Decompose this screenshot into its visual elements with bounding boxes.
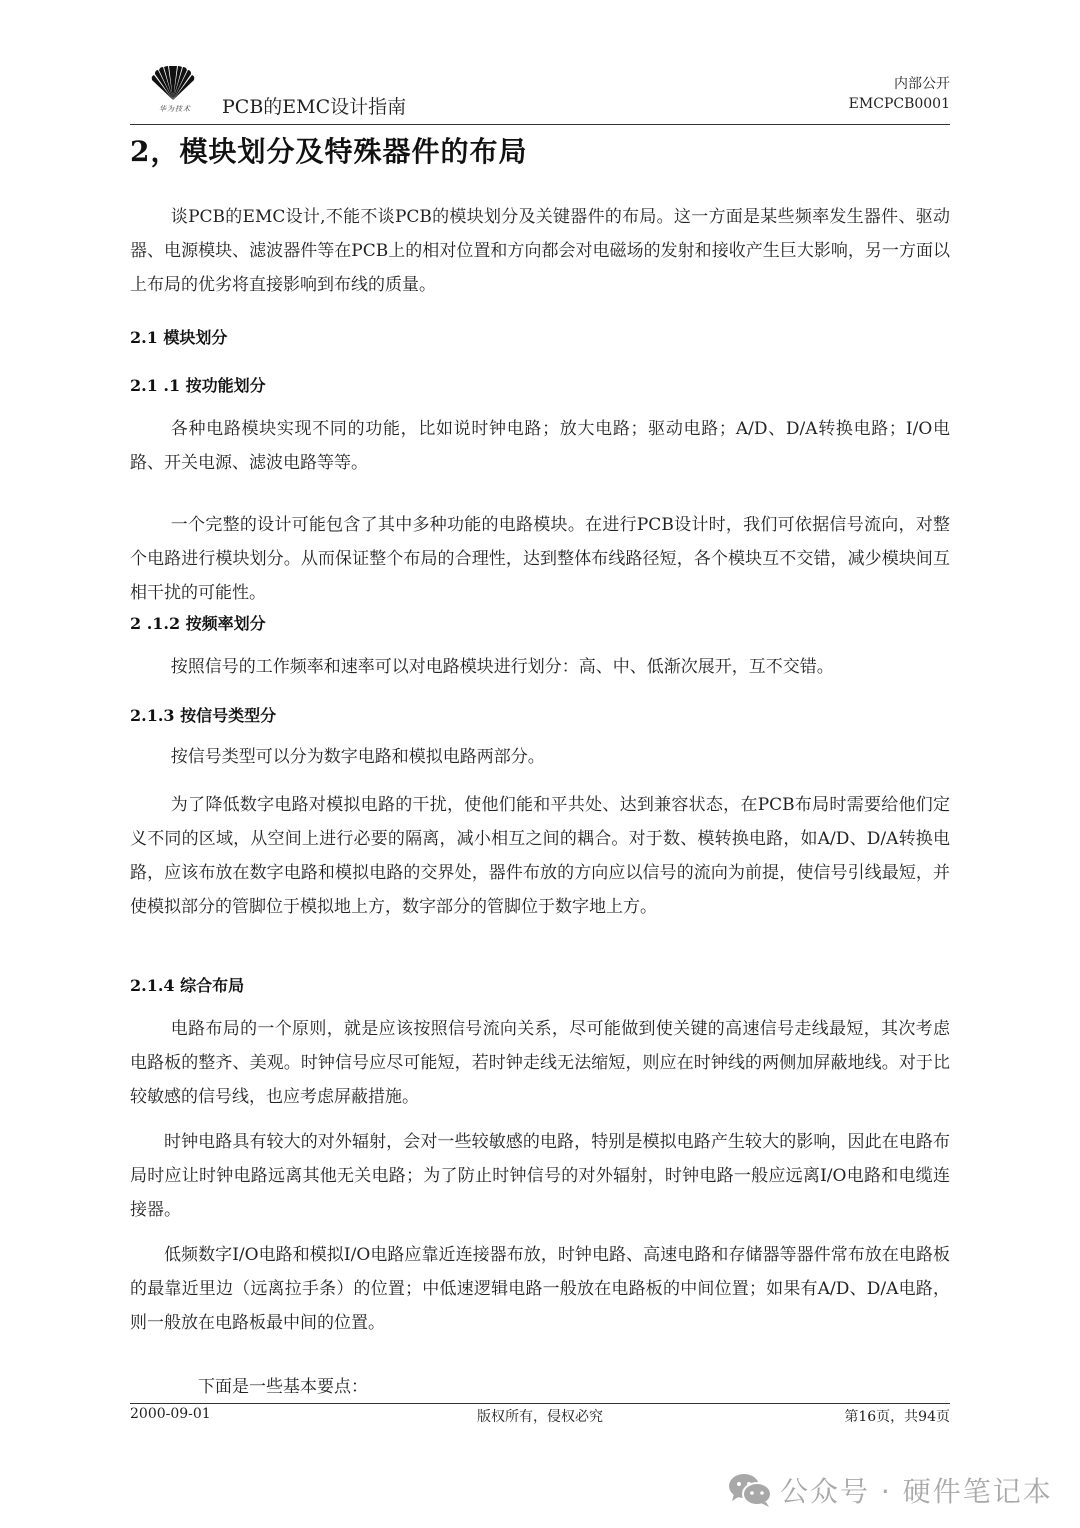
document-code: EMCPCB0001 <box>849 94 950 114</box>
company-logo: 华为技术 <box>148 66 198 114</box>
document-page: 华为技术 PCB的EMC设计指南 内部公开 EMCPCB0001 2，模块划分及… <box>0 0 1080 1528</box>
wechat-icon <box>728 1472 772 1508</box>
paragraph: 时钟电路具有较大的对外辐射，会对一些较敏感的电路，特别是模拟电路产生较大的影响，… <box>130 1125 950 1227</box>
paragraph: 按信号类型可以分为数字电路和模拟电路两部分。 <box>130 740 950 774</box>
heading-2-1-4: 2.1.4 综合布局 <box>130 973 244 996</box>
paragraph: 低频数字I/O电路和模拟I/O电路应靠近连接器布放，时钟电路、高速电路和存储器等… <box>130 1238 950 1340</box>
intro-paragraph: 谈PCB的EMC设计,不能不谈PCB的模块划分及关键器件的布局。这一方面是某些频… <box>130 200 950 302</box>
heading-2-1: 2.1 模块划分 <box>130 325 227 348</box>
document-title: PCB的EMC设计指南 <box>222 92 406 119</box>
watermark-text: 公众号 · 硬件笔记本 <box>780 1470 1053 1510</box>
heading-2-1-1: 2.1 .1 按功能划分 <box>130 373 266 396</box>
heading-2-1-3: 2.1.3 按信号类型分 <box>130 703 276 726</box>
header-divider <box>130 124 950 125</box>
classification-label: 内部公开 <box>849 74 950 94</box>
footer-divider <box>130 1403 950 1404</box>
wechat-watermark: 公众号 · 硬件笔记本 <box>728 1470 1053 1510</box>
paragraph: 下面是一些基本要点： <box>130 1370 950 1404</box>
footer-page-info: 第16页，共94页 <box>844 1406 950 1426</box>
paragraph: 电路布局的一个原则，就是应该按照信号流向关系，尽可能做到使关键的高速信号走线最短… <box>130 1012 950 1114</box>
paragraph: 一个完整的设计可能包含了其中多种功能的电路模块。在进行PCB设计时，我们可依据信… <box>130 508 950 610</box>
section-title: 2，模块划分及特殊器件的布局 <box>130 130 527 170</box>
footer-copyright: 版权所有，侵权必究 <box>130 1406 950 1426</box>
logo-caption: 华为技术 <box>150 104 200 114</box>
heading-2-1-2: 2 .1.2 按频率划分 <box>130 611 266 634</box>
paragraph: 各种电路模块实现不同的功能，比如说时钟电路；放大电路；驱动电路；A/D、D/A转… <box>130 412 950 480</box>
shell-logo-icon <box>148 66 198 106</box>
paragraph: 为了降低数字电路对模拟电路的干扰，使他们能和平共处、达到兼容状态，在PCB布局时… <box>130 788 950 924</box>
page-header: 华为技术 PCB的EMC设计指南 内部公开 EMCPCB0001 <box>130 60 950 124</box>
paragraph: 按照信号的工作频率和速率可以对电路模块进行划分：高、中、低渐次展开，互不交错。 <box>130 650 950 684</box>
header-meta: 内部公开 EMCPCB0001 <box>849 74 950 114</box>
